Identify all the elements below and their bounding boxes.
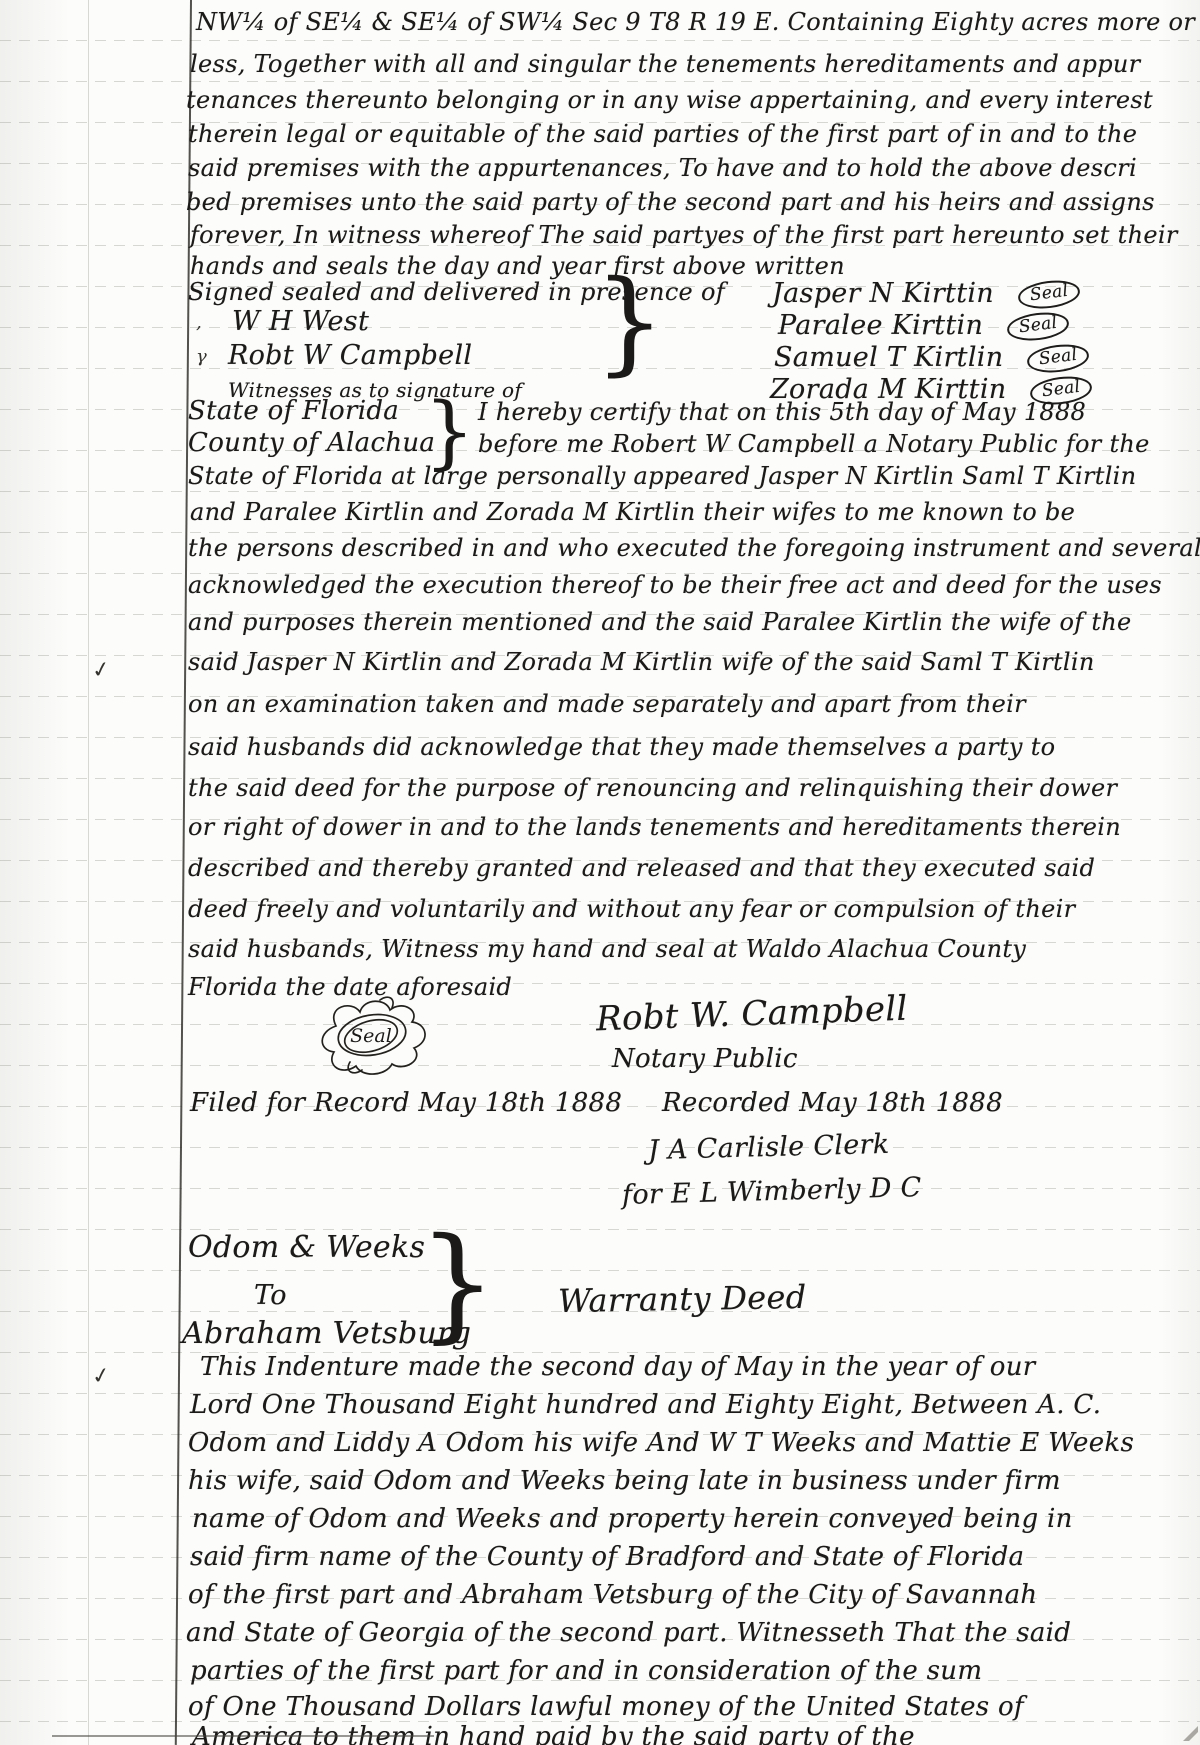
caption-to: To: [254, 1280, 287, 1311]
cert-line: I hereby certify that on this 5th day of…: [478, 398, 1086, 426]
page-curl-inner: [1189, 1732, 1198, 1741]
handwritten-line: and State of Georgia of the second part.…: [186, 1618, 1071, 1648]
witness-signature: Robt W Campbell: [228, 340, 472, 371]
cert-line: State of Florida at large personally app…: [188, 462, 1136, 490]
brace-mark: }: [594, 266, 665, 378]
cert-line: acknowledged the execution thereof to be…: [188, 571, 1162, 599]
handwritten-line: his wife, said Odom and Weeks being late…: [188, 1466, 1061, 1496]
handwritten-line: tenances thereunto belonging or in any w…: [186, 86, 1153, 114]
signatory-name: Jasper N Kirttin: [772, 278, 994, 309]
cert-line: said husbands, Witness my hand and seal …: [188, 935, 1026, 963]
recorded-line: Recorded May 18th 1888: [662, 1088, 1003, 1118]
margin-check-mark: ✓: [90, 1363, 112, 1391]
notary-signature: Robt W. Campbell: [595, 989, 908, 1040]
cert-line: before me Robert W Campbell a Notary Pub…: [478, 430, 1150, 458]
deputy-clerk-line: for E L Wimberly D C: [622, 1172, 922, 1211]
deed-book-page: NW¼ of SE¼ & SE¼ of SW¼ Sec 9 T8 R 19 E.…: [0, 0, 1200, 1745]
signatory-name: Samuel T Kirtlin: [774, 342, 1003, 373]
clerk-signature: J A Carlisle Clerk: [648, 1129, 890, 1166]
cert-line: and purposes therein mentioned and the s…: [188, 608, 1132, 636]
notary-seal-scribble: Seal: [292, 992, 448, 1076]
handwritten-line: name of Odom and Weeks and property here…: [192, 1504, 1073, 1534]
pen-mark: γ: [196, 346, 207, 367]
cert-line: or right of dower in and to the lands te…: [188, 813, 1121, 841]
handwritten-line: less, Together with all and singular the…: [190, 50, 1140, 78]
signature-row: Jasper N KirttinSeal: [772, 278, 1080, 309]
handwritten-line: NW¼ of SE¼ & SE¼ of SW¼ Sec 9 T8 R 19 E.…: [196, 8, 1195, 36]
handwritten-line: therein legal or equitable of the said p…: [188, 120, 1137, 148]
margin-check-mark: ✓: [90, 657, 112, 685]
handwritten-line: bed premises unto the said party of the …: [186, 188, 1155, 216]
handwritten-line: This Indenture made the second day of Ma…: [200, 1352, 1036, 1382]
caption-grantor: Odom & Weeks: [188, 1230, 425, 1265]
fold-line: [88, 0, 89, 1745]
seal-mark: Seal: [1006, 309, 1071, 343]
venue-state: State of Florida: [188, 396, 399, 426]
seal-mark: Seal: [1017, 277, 1082, 311]
brace-mark: }: [424, 392, 475, 472]
filed-line: Filed for Record May 18th 1888: [190, 1088, 622, 1118]
bottom-rule: [52, 1735, 434, 1737]
handwritten-line: Lord One Thousand Eight hundred and Eigh…: [190, 1390, 1101, 1420]
cert-line: said husbands did acknowledge that they …: [188, 733, 1055, 761]
cert-line: said Jasper N Kirtlin and Zorada M Kirtl…: [188, 648, 1095, 676]
handwritten-line: of the first part and Abraham Vetsburg o…: [188, 1580, 1037, 1610]
brace-mark: }: [418, 1222, 497, 1346]
signature-row: Paralee KirttinSeal: [778, 310, 1070, 341]
notary-title: Notary Public: [612, 1044, 798, 1074]
handwritten-line: said premises with the appurtenances, To…: [188, 154, 1137, 182]
cert-line: deed freely and voluntarily and without …: [188, 895, 1075, 923]
cert-line: and Paralee Kirtlin and Zorada M Kirtlin…: [190, 498, 1075, 526]
handwritten-line: said firm name of the County of Bradford…: [190, 1542, 1024, 1572]
cert-line: the said deed for the purpose of renounc…: [188, 774, 1117, 802]
cert-line: the persons described in and who execute…: [188, 534, 1200, 562]
witness-signature: W H West: [232, 306, 369, 337]
signatory-name: Paralee Kirttin: [778, 310, 983, 341]
handwritten-line: America to them in hand paid by the said…: [192, 1722, 915, 1745]
handwritten-line: of One Thousand Dollars lawful money of …: [188, 1692, 1024, 1722]
handwritten-line: Odom and Liddy A Odom his wife And W T W…: [188, 1428, 1134, 1458]
venue-county: County of Alachua: [188, 428, 435, 458]
handwritten-line: parties of the first part for and in con…: [190, 1656, 982, 1686]
handwritten-line: forever, In witness whereof The said par…: [190, 221, 1178, 249]
seal-label: Seal: [350, 1025, 392, 1047]
cert-line: described and thereby granted and releas…: [188, 854, 1095, 882]
pen-mark: ,: [196, 312, 202, 333]
signature-row: Samuel T KirtlinSeal: [774, 342, 1090, 373]
cert-line: on an examination taken and made separat…: [188, 690, 1026, 718]
handwritten-line: hands and seals the day and year first a…: [190, 252, 845, 280]
seal-mark: Seal: [1026, 341, 1091, 375]
instrument-title: Warranty Deed: [558, 1278, 807, 1320]
